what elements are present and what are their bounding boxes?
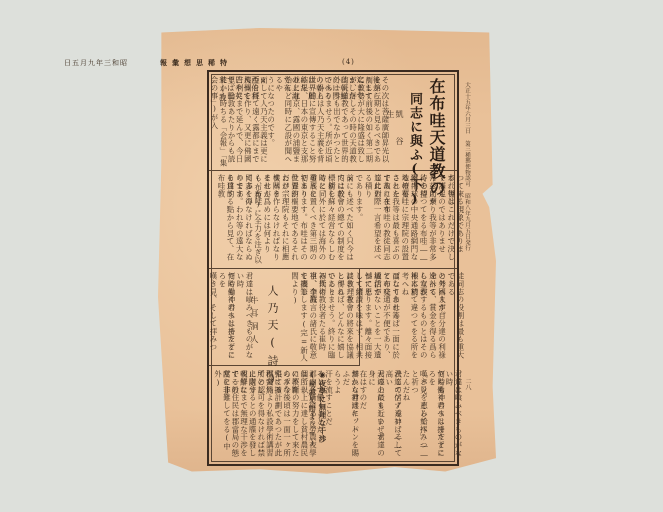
header-page-number: (4) — [342, 58, 355, 66]
text-column: 君達は喰みべきものがない時 — [445, 370, 463, 462]
poem-line: 何時も神のましますところを — [218, 272, 236, 364]
header-title: 報彙想思稀特 — [160, 58, 232, 68]
divider-middle — [209, 268, 457, 269]
text-column: 在はすのだ — [359, 370, 368, 462]
news-headline: ◉夜學に無理な干渉 — [318, 370, 327, 462]
text-column: らうよ — [333, 370, 342, 462]
text-column: 「パンを恵み給へ」――と祈つ — [411, 370, 429, 462]
poem-line: 嘆き見、そして拝みつ — [209, 272, 218, 364]
text-column: 徒同志の役割は最も重大である — [447, 272, 465, 364]
text-column: を達する點から見て、在布哇教 — [217, 174, 235, 266]
text-column: 徒から時ちる「会報」「集会の事」)が入 — [210, 76, 228, 168]
page-header: 日五月九年三和昭 報彙想思稀特 (4) — [64, 58, 404, 70]
text-column: であります。 — [355, 174, 364, 266]
text-column: し此の際一言希望を述べる積り — [364, 174, 382, 266]
text-column: 何時も神のましますところを — [428, 370, 446, 462]
text-column: 殆んど同時に乙設が聞へるや — [275, 76, 293, 168]
text-column: て擱筆します(完=新人間より) — [291, 272, 309, 364]
header-date: 日五月九年三和昭 — [64, 58, 128, 68]
text-column: 決してアノ遠い、そして高い — [385, 370, 403, 462]
text-column: 神に於て違つてをる所を考へね — [401, 272, 419, 364]
text-column: 君達の最も近い、君達の身に — [368, 370, 386, 462]
text-column: 憐れな君達に、パンを賜ふだ — [342, 370, 360, 462]
poem-line: 君達は喰みべきものがない時 — [236, 272, 254, 364]
text-column: 常に非難してをる(中外) — [213, 370, 231, 462]
text-column: たんだね — [402, 370, 411, 462]
divider-bottom-left — [209, 365, 359, 366]
page-number-right: 二八 — [463, 378, 472, 390]
